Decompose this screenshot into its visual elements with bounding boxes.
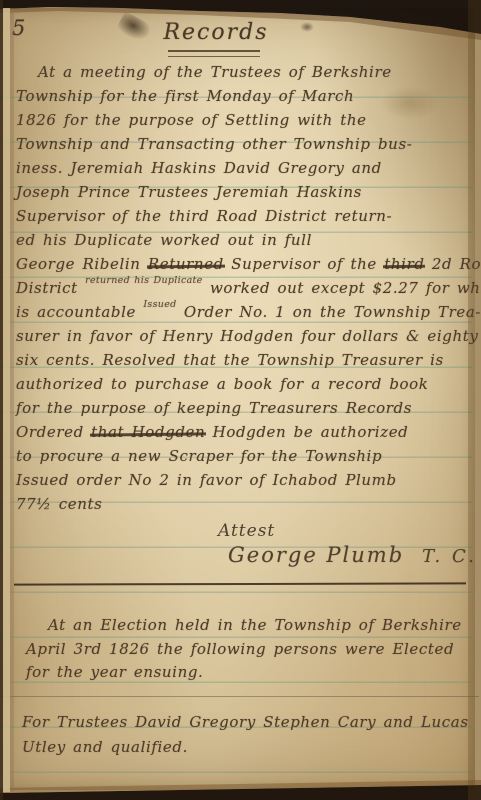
handwriting-text: authorized to purchase a book for a reco…: [16, 375, 428, 393]
handwriting-text: Township and Transacting other Township …: [16, 135, 412, 153]
handwritten-line: Supervisor of the third Road District re…: [16, 204, 464, 228]
handwritten-line: surer in favor of Henry Hodgden four dol…: [16, 324, 464, 348]
handwriting-text: Hodgden be authorized: [205, 423, 408, 441]
handwritten-line: to procure a new Scraper for the Townshi…: [16, 444, 464, 468]
handwriting-text: to procure a new Scraper for the Townshi…: [16, 447, 382, 465]
handwritten-line: for the purpose of keeping Treasurers Re…: [16, 396, 464, 420]
faint-divider-rule: [2, 696, 479, 697]
handwriting-text: Utley and qualified.: [22, 738, 188, 756]
handwriting-text: 2d Road: [425, 255, 481, 273]
handwriting-text: iness. Jeremiah Haskins David Gregory an…: [16, 159, 382, 177]
handwriting-text: Supervisor of the third Road District re…: [16, 207, 392, 225]
interline-insertion: returned his Duplicate: [85, 276, 202, 286]
page-number: 5: [12, 16, 25, 40]
handwriting-text: At an Election held in the Township of B…: [48, 616, 462, 634]
handwriting-text: For Trustees David Gregory Stephen Cary …: [22, 713, 469, 731]
handwriting-text: George Ribelin: [16, 255, 148, 273]
handwriting-text: Supervisor of the: [224, 255, 384, 273]
handwritten-line: six cents. Resolved that the Township Tr…: [16, 348, 464, 372]
handwriting-text: District: [16, 279, 85, 297]
handwriting-text: for the purpose of keeping Treasurers Re…: [16, 399, 412, 417]
handwritten-line: authorized to purchase a book for a reco…: [16, 372, 464, 396]
strikethrough-text: Returned: [148, 255, 224, 273]
handwriting-text: ed his Duplicate worked out in full: [16, 231, 312, 249]
handwritten-line: Ordered that Hodgden Hodgden be authoriz…: [16, 420, 464, 444]
handwriting-text: Joseph Prince Trustees Jeremiah Haskins: [16, 183, 362, 201]
handwritten-line: April 3rd 1826 the following persons wer…: [26, 638, 466, 662]
handwriting-text: six cents. Resolved that the Township Tr…: [16, 351, 444, 369]
handwritten-line: Utley and qualified.: [22, 735, 462, 760]
handwriting-text: worked out except $2.27 for which he: [203, 279, 481, 297]
handwritten-line: For Trustees David Gregory Stephen Cary …: [22, 710, 462, 735]
page-title: Records: [146, 20, 286, 45]
handwriting-text: Ordered: [16, 423, 91, 441]
signature-title: T. C.: [422, 546, 477, 567]
signature-name: George Plumb: [228, 543, 404, 567]
handwritten-line: At an Election held in the Township of B…: [26, 614, 466, 638]
handwritten-line: At a meeting of the Trustees of Berkshir…: [16, 60, 464, 84]
handwriting-text: Issued order No 2 in favor of Ichabod Pl…: [16, 471, 397, 489]
handwriting-text: for the year ensuing.: [26, 663, 203, 681]
handwriting-text: 77½ cents: [16, 495, 102, 513]
handwritten-line: Township for the first Monday of March: [16, 84, 464, 108]
handwritten-line: Issued order No 2 in favor of Ichabod Pl…: [16, 468, 464, 492]
handwriting-text: Township for the first Monday of March: [16, 87, 354, 105]
handwriting-text: April 3rd 1826 the following persons wer…: [26, 640, 454, 658]
handwritten-line: is accountable Issued Order No. 1 on the…: [16, 300, 464, 324]
handwritten-line: Joseph Prince Trustees Jeremiah Haskins: [16, 180, 464, 204]
handwritten-line: George Ribelin Returned Supervisor of th…: [16, 252, 464, 276]
record-entry-trustees-elected: For Trustees David Gregory Stephen Cary …: [22, 710, 462, 760]
title-underline: [168, 50, 260, 57]
handwritten-line: iness. Jeremiah Haskins David Gregory an…: [16, 156, 464, 180]
scanned-record-page: 5 Records At a meeting of the Trustees o…: [0, 0, 481, 800]
handwriting-text: 1826 for the purpose of Settling with th…: [16, 111, 367, 129]
handwritten-line: 77½ cents: [16, 492, 464, 516]
handwritten-line: 1826 for the purpose of Settling with th…: [16, 108, 464, 132]
handwritten-line: ed his Duplicate worked out in full: [16, 228, 464, 252]
handwriting-text: Order No. 1 on the Township Trea-: [177, 303, 481, 321]
strikethrough-text: that Hodgden: [91, 423, 205, 441]
handwriting-text: At a meeting of the Trustees of Berkshir…: [38, 63, 392, 81]
handwritten-line: Township and Transacting other Township …: [16, 132, 464, 156]
clerk-signature: George PlumbT. C.: [228, 543, 463, 567]
handwritten-line: District returned his Duplicate worked o…: [16, 276, 464, 300]
attest-label: Attest: [218, 521, 275, 541]
record-entry-march-meeting: At a meeting of the Trustees of Berkshir…: [16, 60, 464, 516]
handwritten-line: for the year ensuing.: [26, 661, 466, 685]
strikethrough-text: third: [384, 255, 424, 273]
interline-insertion: Issued: [143, 300, 176, 310]
handwriting-text: surer in favor of Henry Hodgden four dol…: [16, 327, 478, 345]
handwriting-text: is accountable: [16, 303, 143, 321]
record-entry-april-election: At an Election held in the Township of B…: [26, 614, 466, 685]
